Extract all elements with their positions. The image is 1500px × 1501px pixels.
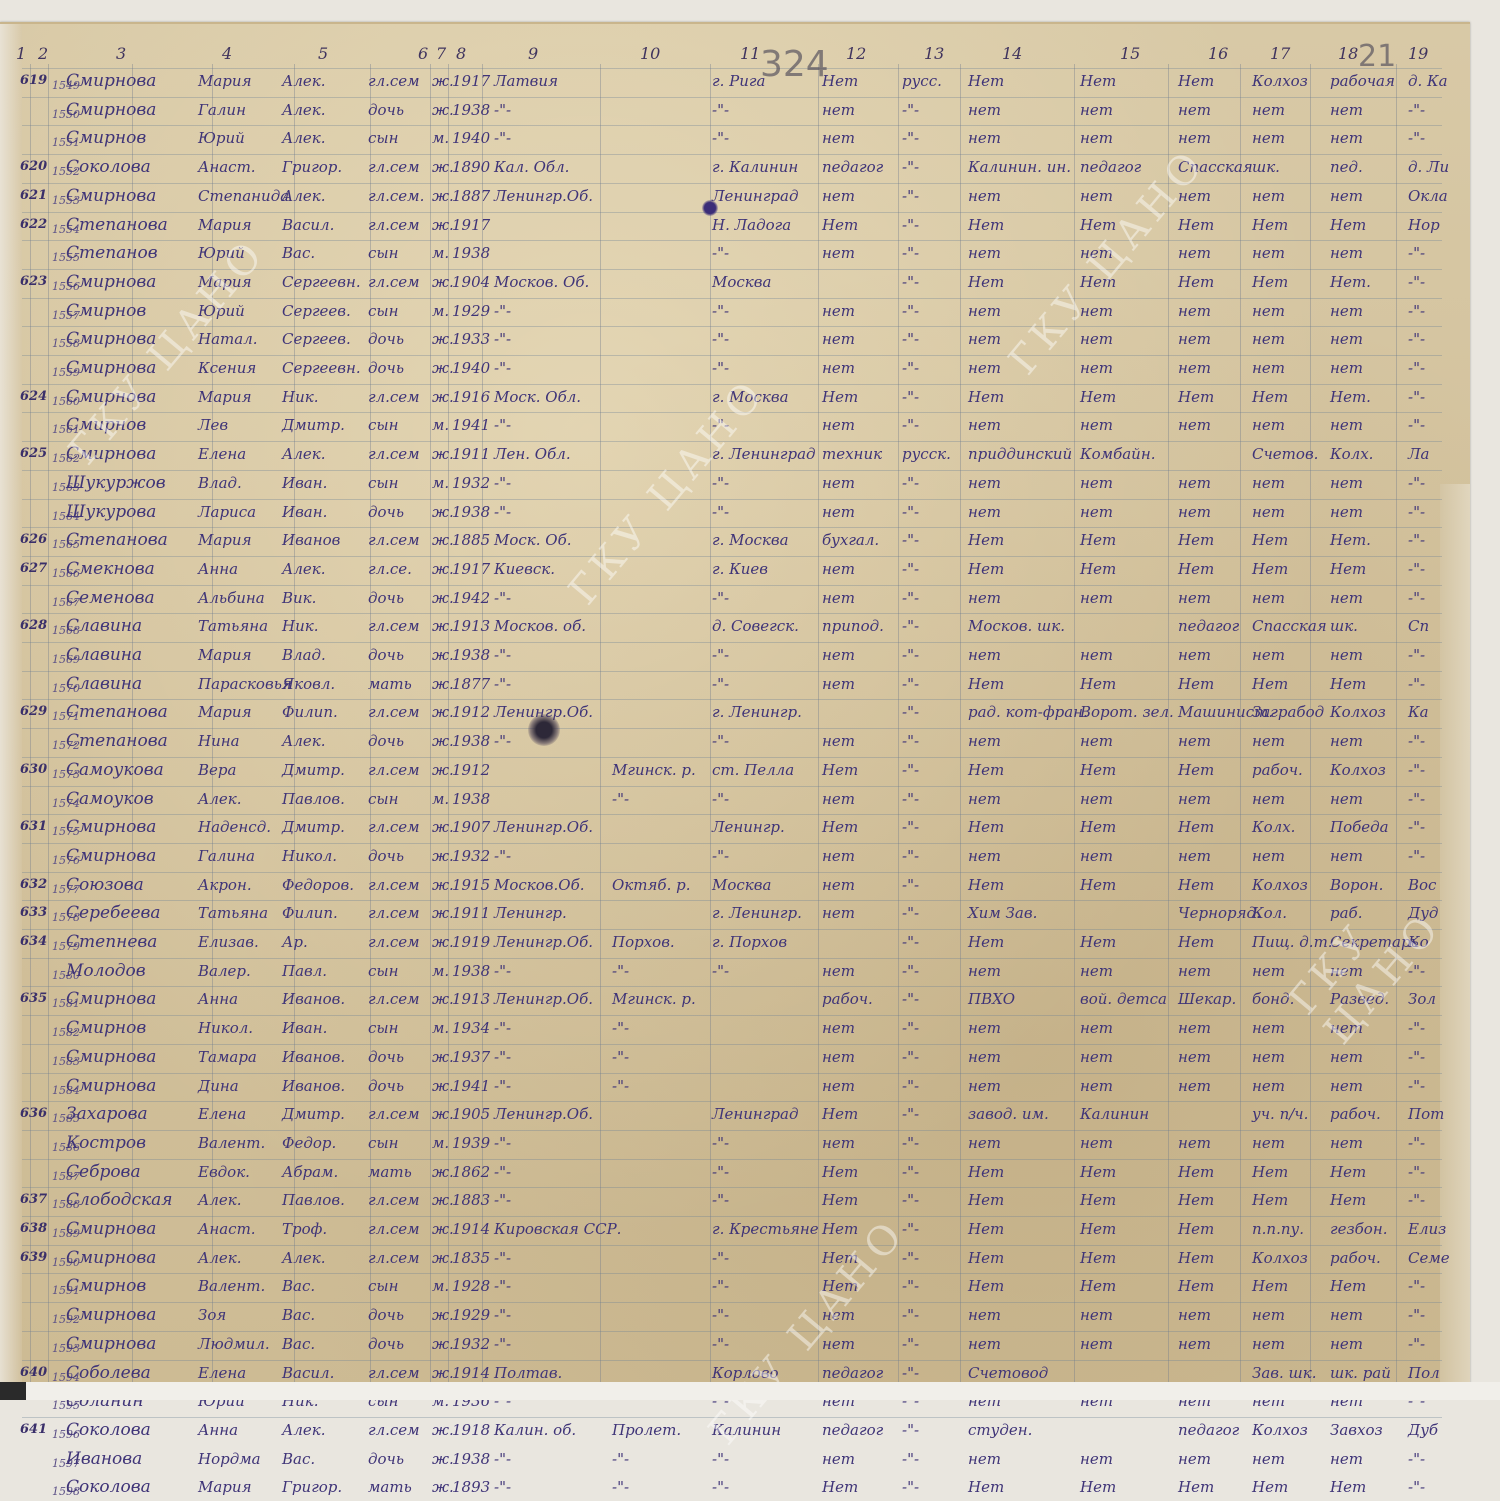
cell-c10: Порхов. (612, 933, 675, 951)
cell-c12: Нет (822, 761, 858, 779)
cell-sex: ж. (432, 531, 454, 549)
cell-c17: Нет (1252, 216, 1288, 234)
cell-c14: Нет (968, 675, 1004, 693)
cell-c14: Нет (968, 1163, 1004, 1181)
cell-c12: нет (822, 904, 855, 922)
cell-c12: нет (822, 474, 855, 492)
cell-c15: Нет (1080, 560, 1116, 578)
cell-patr: Иванов. (282, 1077, 345, 1095)
cell-year: 1911 (452, 445, 490, 463)
cell-c11: г. Ленингр. (712, 703, 802, 721)
cell-c14: Нет (968, 1277, 1004, 1295)
cell-c16: нет (1178, 1077, 1211, 1095)
cell-patr: Яковл. (282, 675, 335, 693)
cell-c16: нет (1178, 474, 1211, 492)
cell-rel: гл.сем (368, 388, 420, 406)
cell-birth: -"- (494, 1134, 511, 1152)
ruled-line (22, 958, 1442, 959)
cell-c16: нет (1178, 359, 1211, 377)
cell-name: Галин (198, 101, 246, 119)
cell-c16: нет (1178, 187, 1211, 205)
cell-c18: Колхоз (1330, 761, 1386, 779)
cell-name: Елизав. (198, 933, 259, 951)
cell-surname: Себрова (66, 1163, 141, 1181)
cell-c14: нет (968, 732, 1001, 750)
cell-birth: Ленингр.Об. (494, 1105, 593, 1123)
cell-name: Вера (198, 761, 236, 779)
cell-fam: 619 (20, 72, 47, 90)
cell-c18: Нет. (1330, 273, 1371, 291)
cell-c14: рад. кот-фран. (968, 703, 1088, 721)
cell-birth: -"- (494, 101, 511, 119)
cell-year: 1913 (452, 617, 490, 635)
cell-surname: Самоукова (66, 761, 164, 779)
cell-sex: м. (432, 962, 449, 980)
cell-sex: ж. (432, 1048, 454, 1066)
cell-year: 1937 (452, 1048, 490, 1066)
cell-birth: Ленингр.Об. (494, 818, 593, 836)
cell-c17: нет (1252, 101, 1285, 119)
cell-c17: Нет (1252, 1163, 1288, 1181)
cell-c11: -"- (712, 474, 729, 492)
cell-c16: нет (1178, 330, 1211, 348)
cell-c17: нет (1252, 1019, 1285, 1037)
ruled-line (22, 613, 1442, 614)
cell-c14: нет (968, 1048, 1001, 1066)
cell-name: Татьяна (198, 617, 268, 635)
cell-sex: ж. (432, 847, 454, 865)
column-number: 7 (436, 44, 446, 63)
cell-c14: нет (968, 847, 1001, 865)
cell-c16: нет (1178, 1134, 1211, 1152)
cell-c17: Колхоз (1252, 1249, 1308, 1267)
cell-c14: ПВХО (968, 990, 1015, 1008)
cell-c18: нет (1330, 847, 1363, 865)
cell-c14: Нет (968, 1220, 1004, 1238)
cell-c16: Нет (1178, 1277, 1214, 1295)
ruled-line (22, 384, 1442, 385)
cell-rel: сын (368, 244, 399, 262)
cell-surname: Степнева (66, 933, 157, 951)
cell-fam: 630 (20, 761, 47, 779)
cell-sex: ж. (432, 646, 454, 664)
cell-c18: нет (1330, 962, 1363, 980)
column-divider (1310, 64, 1311, 1384)
cell-sex: ж. (432, 703, 454, 721)
cell-sex: м. (432, 1277, 449, 1295)
cell-birth: -"- (494, 1019, 511, 1037)
cell-c16: Нет (1178, 72, 1214, 90)
column-divider (430, 64, 431, 1384)
cell-birth: -"- (494, 129, 511, 147)
cell-c18: Нет (1330, 1163, 1366, 1181)
ruled-line (22, 1360, 1442, 1361)
cell-fam: 637 (20, 1191, 47, 1209)
cell-birth: Ленингр. (494, 904, 567, 922)
cell-c19: Елиз (1408, 1220, 1446, 1238)
cell-c15: нет (1080, 101, 1113, 119)
cell-patr: Алек. (282, 560, 326, 578)
cell-c16: Нет (1178, 1220, 1214, 1238)
cell-c15: Нет (1080, 1191, 1116, 1209)
ruled-line (22, 298, 1442, 299)
cell-c19: -"- (1408, 1048, 1425, 1066)
cell-surname: Степанов (66, 244, 158, 262)
cell-name: Тамара (198, 1048, 257, 1066)
cell-patr: Алек. (282, 72, 326, 90)
cell-patr: Иван. (282, 503, 327, 521)
ruled-line (22, 671, 1442, 672)
cell-c13: -"- (902, 1019, 919, 1037)
cell-c19: Ла (1408, 445, 1429, 463)
cell-c18: шк. (1330, 617, 1358, 635)
cell-c14: Нет (968, 1249, 1004, 1267)
ruled-line (22, 355, 1442, 356)
cell-c14: нет (968, 1134, 1001, 1152)
cell-c13: -"- (902, 531, 919, 549)
column-number: 14 (1002, 44, 1022, 63)
cell-rel: гл.сем. (368, 187, 424, 205)
ruled-line (22, 1101, 1442, 1102)
cell-surname: Славина (66, 646, 142, 664)
cell-c11: -"- (712, 1306, 729, 1324)
cell-patr: Вас. (282, 1306, 315, 1324)
cell-c13: русск. (902, 445, 951, 463)
cell-patr: Алек. (282, 101, 326, 119)
cell-c17: уч. п/ч. (1252, 1105, 1308, 1123)
cell-c19: Нор (1408, 216, 1440, 234)
cell-c15: Нет (1080, 1220, 1116, 1238)
cell-surname: Степанова (66, 732, 168, 750)
cell-c19: Окла (1408, 187, 1448, 205)
cell-sex: м. (432, 302, 449, 320)
cell-c13: -"- (902, 904, 919, 922)
cell-sex: ж. (432, 72, 454, 90)
cell-c15: нет (1080, 962, 1113, 980)
cell-c16: нет (1178, 503, 1211, 521)
cell-c11: Корлово (712, 1364, 779, 1382)
pencil-page-number: 21 (1358, 39, 1396, 74)
cell-c18: рабоч. (1330, 1249, 1381, 1267)
cell-rel: мать (368, 1163, 412, 1181)
cell-c15: Нет (1080, 818, 1116, 836)
cell-c18: нет (1330, 1077, 1363, 1095)
cell-c17: Колхоз (1252, 876, 1308, 894)
cell-patr: Алек. (282, 187, 326, 205)
cell-rel: сын (368, 1277, 399, 1295)
cell-c13: -"- (902, 732, 919, 750)
column-number: 6 (418, 44, 428, 63)
cell-c15: педагог (1080, 158, 1141, 176)
cell-year: 1932 (452, 1335, 490, 1353)
cell-c14: нет (968, 129, 1001, 147)
cell-c18: нет (1330, 244, 1363, 262)
cell-surname: Захарова (66, 1105, 148, 1123)
cell-year: 1904 (452, 273, 490, 291)
cell-year: 1917 (452, 560, 490, 578)
cell-sex: ж. (432, 904, 454, 922)
cell-c13: -"- (902, 675, 919, 693)
cell-patr: Сергеевн. (282, 273, 361, 291)
cell-year: 1862 (452, 1163, 490, 1181)
cell-c18: нет (1330, 646, 1363, 664)
ruled-line (22, 1015, 1442, 1016)
cell-c15: нет (1080, 1048, 1113, 1066)
cell-sex: ж. (432, 101, 454, 119)
cell-c13: -"- (902, 847, 919, 865)
column-divider (48, 64, 49, 1384)
cell-c19: Зол (1408, 990, 1436, 1008)
cell-c16: Нет (1178, 531, 1214, 549)
cell-surname: Смирнова (66, 818, 156, 836)
cell-birth: -"- (494, 1191, 511, 1209)
cell-patr: Сергеев. (282, 330, 351, 348)
column-divider (898, 64, 899, 1384)
cell-c11: г. Киев (712, 560, 768, 578)
cell-c16: Нет (1178, 675, 1214, 693)
cell-birth: Моск. Об. (494, 531, 572, 549)
cell-rel: сын (368, 790, 399, 808)
cell-c15: Нет (1080, 1163, 1116, 1181)
cell-patr: Филип. (282, 703, 338, 721)
cell-c12: Нет (822, 388, 858, 406)
cell-c11: -"- (712, 790, 729, 808)
cell-c13: -"- (902, 1048, 919, 1066)
cell-c11: -"- (712, 416, 729, 434)
cell-surname: Смирнова (66, 1306, 156, 1324)
cell-c19: Вос (1408, 876, 1436, 894)
cell-c16: Нет (1178, 388, 1214, 406)
cell-year: 1928 (452, 1277, 490, 1295)
cell-name: Алек. (198, 790, 242, 808)
cell-rel: гл.се. (368, 560, 412, 578)
ruled-line (22, 728, 1442, 729)
column-number: 10 (640, 44, 660, 63)
cell-year: 1938 (452, 244, 490, 262)
watermark: ГКУ ЦАНО (60, 230, 275, 474)
cell-surname: Смекнова (66, 560, 155, 578)
cell-fam: 632 (20, 876, 47, 894)
cell-c10: -"- (612, 1077, 629, 1095)
ruled-line (22, 1187, 1442, 1188)
cell-c13: -"- (902, 129, 919, 147)
cell-rel: гл.сем (368, 1220, 420, 1238)
cell-patr: Иванов. (282, 1048, 345, 1066)
cell-c19: Дуд (1408, 904, 1438, 922)
cell-c19: -"- (1408, 818, 1425, 836)
cell-c15: Нет (1080, 933, 1116, 951)
cell-c16: нет (1178, 847, 1211, 865)
column-number: 16 (1208, 44, 1228, 63)
cell-rel: гл.сем (368, 904, 420, 922)
cell-c15: нет (1080, 416, 1113, 434)
cell-c18: Нет (1330, 675, 1366, 693)
cell-fam: 626 (20, 531, 47, 549)
cell-birth: -"- (494, 646, 511, 664)
ruled-line (22, 1331, 1442, 1332)
cell-birth: -"- (494, 330, 511, 348)
cell-c14: Нет (968, 216, 1004, 234)
cell-surname: Смирнов (66, 129, 146, 147)
cell-rel: гл.сем (368, 216, 420, 234)
column-number: 13 (924, 44, 944, 63)
cell-name: Елена (198, 1105, 246, 1123)
cell-c15: нет (1080, 646, 1113, 664)
cell-c15: нет (1080, 847, 1113, 865)
cell-birth: -"- (494, 732, 511, 750)
cell-patr: Вас. (282, 1277, 315, 1295)
cell-rel: дочь (368, 589, 404, 607)
cell-c15: нет (1080, 1134, 1113, 1152)
ruled-line (22, 499, 1442, 500)
ruled-line (22, 441, 1442, 442)
cell-c14: нет (968, 244, 1001, 262)
cell-rel: дочь (368, 1306, 404, 1324)
cell-name: Никол. (198, 1019, 253, 1037)
cell-year: 1915 (452, 876, 490, 894)
cell-patr: Ник. (282, 617, 318, 635)
cell-c13: -"- (902, 1306, 919, 1324)
cell-c14: Калинин. ин. (968, 158, 1071, 176)
cell-c18: нет (1330, 503, 1363, 521)
cell-c16: Черноряд. (1178, 904, 1261, 922)
cell-surname: Смирнов (66, 416, 146, 434)
cell-c12: Нет (822, 1191, 858, 1209)
cell-c17: Пищ. д.т. (1252, 933, 1333, 951)
cell-c19: -"- (1408, 1134, 1425, 1152)
cell-c19: -"- (1408, 531, 1425, 549)
cell-c19: -"- (1408, 847, 1425, 865)
cell-surname: Степанова (66, 531, 168, 549)
cell-c15: Нет (1080, 1249, 1116, 1267)
cell-c19: Сп (1408, 617, 1429, 635)
column-number: 8 (456, 44, 466, 63)
cell-c14: нет (968, 416, 1001, 434)
cell-year: 1885 (452, 531, 490, 549)
cell-c11: д. Совегск. (712, 617, 799, 635)
cell-c19: Пот (1408, 1105, 1444, 1123)
cell-c19: -"- (1408, 1077, 1425, 1095)
cell-c11: -"- (712, 1163, 729, 1181)
cell-fam: 627 (20, 560, 47, 578)
cell-c13: -"- (902, 761, 919, 779)
cell-sex: ж. (432, 1220, 454, 1238)
column-number: 19 (1408, 44, 1428, 63)
cell-sex: ж. (432, 359, 454, 377)
cell-c12: нет (822, 1306, 855, 1324)
cell-patr: Сергеевн. (282, 359, 361, 377)
cell-c18: рабочая (1330, 72, 1395, 90)
cell-c13: -"- (902, 244, 919, 262)
cell-c16: Нет (1178, 933, 1214, 951)
cell-c11: г. Ленинград (712, 445, 816, 463)
cell-surname: Смирнова (66, 72, 156, 90)
cell-sex: ж. (432, 1105, 454, 1123)
cell-name: Мария (198, 72, 252, 90)
cell-birth: -"- (494, 1249, 511, 1267)
cell-c15: нет (1080, 244, 1113, 262)
cell-c18: нет (1330, 187, 1363, 205)
cell-birth: Ленингр.Об. (494, 990, 593, 1008)
cell-year: 1911 (452, 904, 490, 922)
cell-year: 1890 (452, 158, 490, 176)
cell-birth: -"- (494, 1163, 511, 1181)
cell-c18: Нет (1330, 216, 1366, 234)
cell-c19: -"- (1408, 732, 1425, 750)
cell-sex: ж. (432, 1364, 454, 1382)
cell-patr: Ар. (282, 933, 308, 951)
ruled-line (22, 1302, 1442, 1303)
cell-sex: ж. (432, 1191, 454, 1209)
cell-c11: -"- (712, 244, 729, 262)
cell-name: Мария (198, 703, 252, 721)
cell-c11: г. Москва (712, 531, 789, 549)
cell-c14: приддинский (968, 445, 1072, 463)
cell-c13: -"- (902, 359, 919, 377)
cell-c19: -"- (1408, 1191, 1425, 1209)
cell-name: Акрон. (198, 876, 252, 894)
cell-birth: Полтав. (494, 1364, 562, 1382)
cell-birth: Москов.Об. (494, 876, 585, 894)
cell-c12: нет (822, 646, 855, 664)
cell-c12: нет (822, 962, 855, 980)
cell-patr: Троф. (282, 1220, 327, 1238)
cell-c14: нет (968, 302, 1001, 320)
cell-c17: Зав. шк. (1252, 1364, 1317, 1382)
cell-c14: Нет (968, 72, 1004, 90)
cell-c13: -"- (902, 158, 919, 176)
cell-c15: Калинин (1080, 1105, 1149, 1123)
cell-sex: м. (432, 416, 449, 434)
cell-rel: гл.сем (368, 818, 420, 836)
cell-rel: гл.сем (368, 158, 420, 176)
cell-fam: 622 (20, 216, 47, 234)
cell-c17: Колхоз (1252, 72, 1308, 90)
cell-c19: д. Ка (1408, 72, 1448, 90)
cell-surname: Смирнова (66, 990, 156, 1008)
cell-c15: Нет (1080, 531, 1116, 549)
cell-patr: Васил. (282, 1364, 334, 1382)
cell-name: Мария (198, 216, 252, 234)
cell-c15: нет (1080, 1306, 1113, 1324)
column-divider (1074, 64, 1075, 1384)
cell-c17: шк. (1252, 158, 1280, 176)
ruled-line (22, 1159, 1442, 1160)
cell-c19: Ко (1408, 933, 1429, 951)
column-divider (1396, 64, 1397, 1384)
cell-rel: дочь (368, 1048, 404, 1066)
cell-c12: нет (822, 560, 855, 578)
cell-sex: м. (432, 1134, 449, 1152)
cell-sex: ж. (432, 503, 454, 521)
cell-c14: Хим Зав. (968, 904, 1037, 922)
cell-patr: Влад. (282, 646, 326, 664)
cell-c16: нет (1178, 962, 1211, 980)
column-number: 12 (846, 44, 866, 63)
cell-name: Татьяна (198, 904, 268, 922)
cell-c18: раб. (1330, 904, 1362, 922)
cell-c19: -"- (1408, 1019, 1425, 1037)
cell-c11: Ленинград (712, 187, 798, 205)
column-number: 15 (1120, 44, 1140, 63)
cell-sex: ж. (432, 273, 454, 291)
cell-c18: Нет (1330, 560, 1366, 578)
cell-patr: Федор. (282, 1134, 336, 1152)
cell-c12: нет (822, 129, 855, 147)
cell-c13: -"- (902, 330, 919, 348)
cell-c14: Счетовод (968, 1364, 1048, 1382)
cell-c11: -"- (712, 302, 729, 320)
